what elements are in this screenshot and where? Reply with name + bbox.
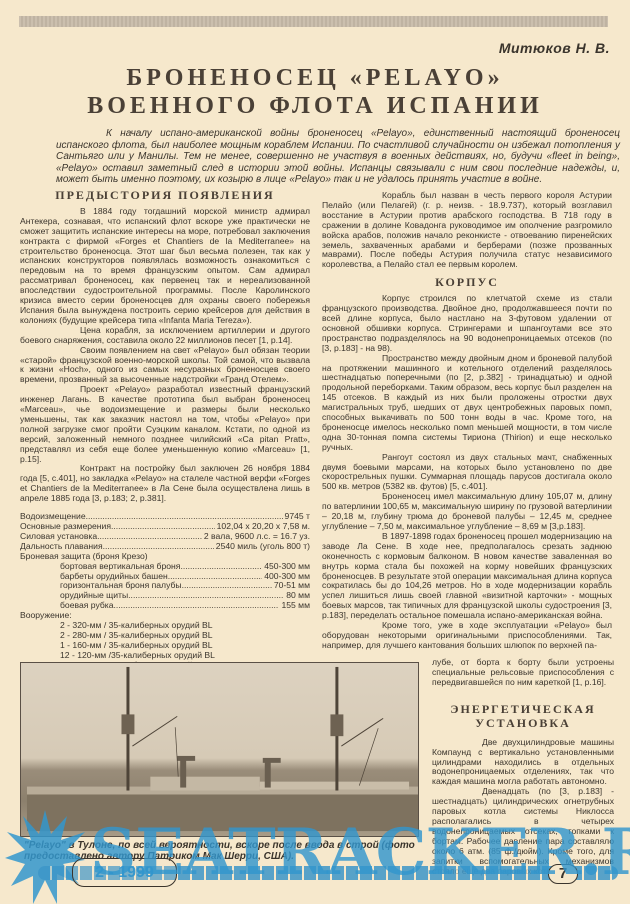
right-column: Корабль был назван в честь первого корол… [322,191,612,651]
paragraph: Пространство между двойным дном и бронев… [322,354,612,453]
paragraph-continuation: лубе, от борта к борту были устроены спе… [432,658,614,688]
paragraph: В 1884 году тогдашний морской министр ад… [20,207,310,326]
paragraph: Броненосец имел максимальную длину 105,0… [322,492,612,532]
armor-heading: Броневая защита (броня Крезо) [20,552,310,562]
lead-paragraph: К началу испано-американской войны броне… [56,128,620,186]
spec-row: Основные размерения102,04 х 20,20 х 7,58… [20,522,310,532]
paragraph: Рангоут состоял из двух стальных мачт, с… [322,453,612,493]
paragraph: Корабль был назван в честь первого корол… [322,191,612,270]
article-title-line2: ВОЕННОГО ФЛОТА ИСПАНИИ [0,93,630,120]
paragraph: Своим появлением на свет «Pelayo» был об… [20,346,310,386]
left-column: ПРЕДЫСТОРИЯ ПОЯВЛЕНИЯ В 1884 году тогдаш… [20,187,310,690]
watermark-star-icon [5,810,85,904]
paragraph: Две двухцилиндровые машины Компаунд с ве… [432,738,614,788]
watermark: SEATRACKER.RU [90,818,630,888]
armor-row: бортовая вертикальная броня450-300 мм [20,562,310,572]
author: Митюков Н. В. [499,40,610,56]
section-heading-power-plant: ЭНЕРГЕТИЧЕСКАЯ УСТАНОВКА [432,702,614,730]
header-rule [19,16,608,27]
article-title-line1: БРОНЕНОСЕЦ «PELAYO» [0,65,630,92]
armor-row: барбеты орудийных башен400-300 мм [20,572,310,582]
paragraph: Кроме того, уже в ходе эксплуатации «Pel… [322,621,612,651]
paragraph: Цена корабля, за исключением артиллерии … [20,326,310,346]
paragraph: В 1897-1898 годах броненосец прошел моде… [322,532,612,621]
armor-row: орудийные щиты80 мм [20,591,310,601]
paragraph: Контракт на постройку был заключен 26 но… [20,464,310,504]
section-heading-hull: КОРПУС [322,278,612,288]
armor-row: горизонтальная броня палубы70-51 мм [20,581,310,591]
section-heading-history: ПРЕДЫСТОРИЯ ПОЯВЛЕНИЯ [20,191,310,201]
paragraph: Корпус строился по клетчатой схеме из ст… [322,294,612,353]
spec-row: Силовая установка2 вала, 9600 л.с. = 16.… [20,532,310,542]
paragraph: Проект «Pelayo» разработал известный фра… [20,385,310,464]
spec-row: Водоизмещение9745 т [20,512,310,522]
